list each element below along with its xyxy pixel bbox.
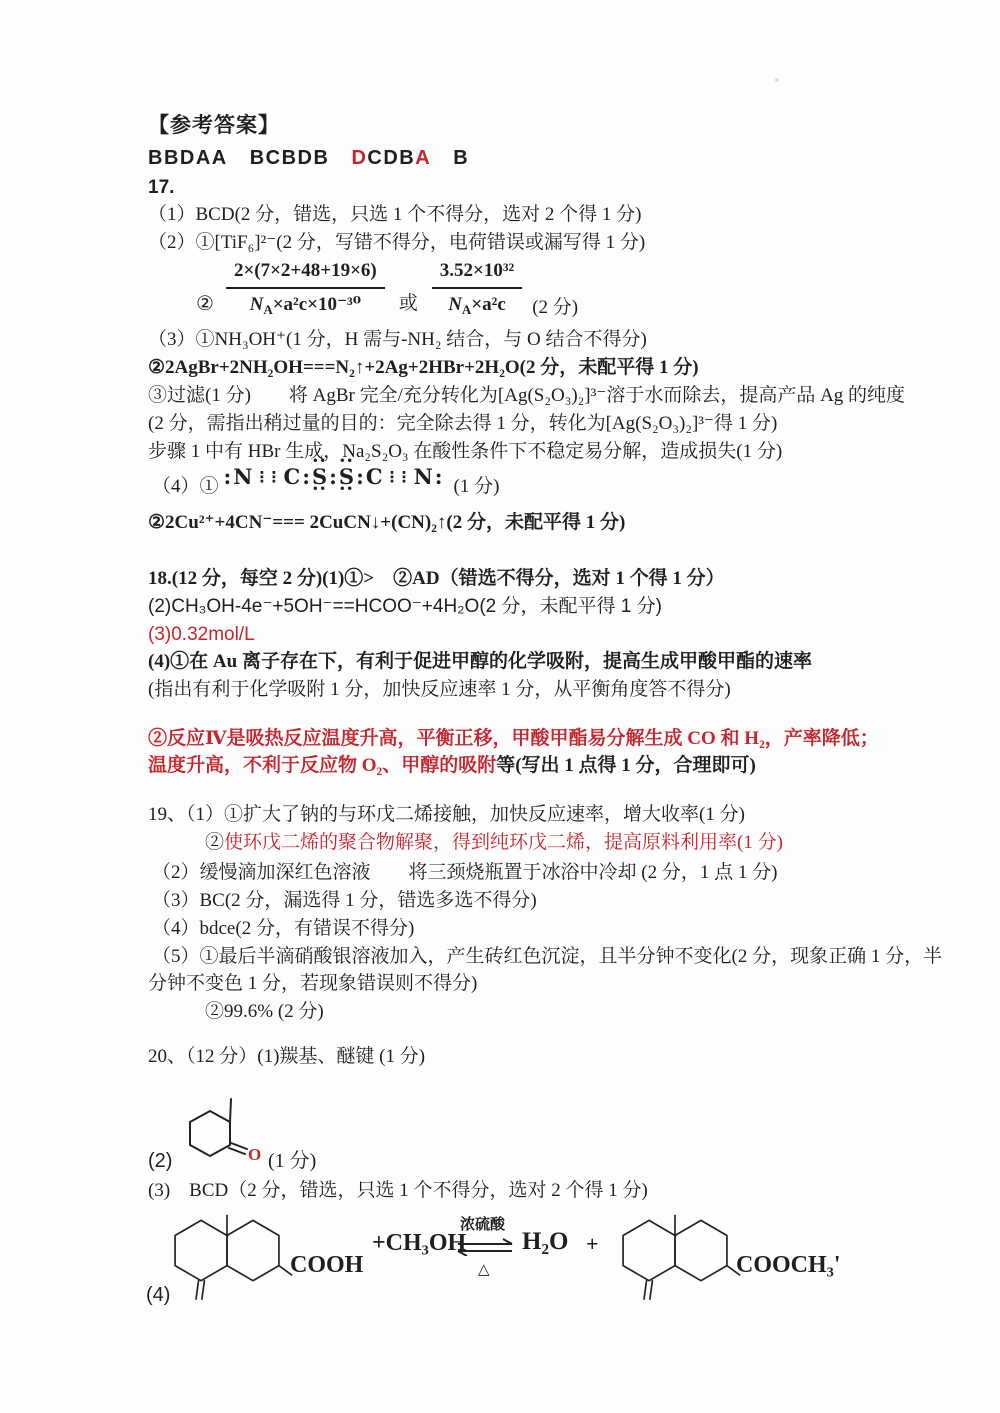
methylene-double-bond-2 [202, 1281, 205, 1299]
lone-pair-colon: : [435, 464, 443, 490]
atom-N: N [414, 464, 433, 490]
red-text: 温度升高，不利于反应物 O₂、甲醇的吸附 [148, 755, 496, 776]
q17-answer-filter: ③过滤(1 分) 将 AgBr 完全/充分转化为[Ag(S₂O₃)₂]³⁻溶于水… [148, 383, 905, 409]
acid-reactant-structure [160, 1212, 294, 1300]
q17-answer-1: （1）BCD(2 分，错选，只选 1 个不得分，选对 2 个得 1 分) [148, 202, 641, 228]
carboxyl-group-label: COOH [290, 1252, 363, 1278]
plus-sign: + [586, 1231, 599, 1257]
or-word: 或 [399, 291, 418, 323]
lone-pair-dots-bottom: •• [312, 485, 327, 495]
q17-number: 17. [148, 175, 174, 201]
fraction-1-numerator: 2×(7×2+48+19×6) [226, 258, 385, 289]
condition-sulfuric-acid: 浓硫酸 [460, 1212, 505, 1238]
q17-answer-3: （3）①NH₃OH⁺(1 分，H 需与-NH₂ 结合，与 O 结合不得分) [148, 327, 647, 353]
equilibrium-arrows [456, 1238, 514, 1256]
methylene-double-bond-1 [196, 1281, 199, 1299]
atom-S-with-lone-pairs: ••S•• [312, 464, 327, 490]
circled-2-marker: ② [205, 832, 224, 853]
atom-N: N [233, 464, 252, 490]
score-note: (1 分) [454, 474, 500, 500]
q18-answer-4b-red-line2: 温度升高，不利于反应物 O₂、甲醇的吸附等(写出 1 点得 1 分，合理即可) [148, 753, 756, 779]
atom-S-with-lone-pairs: ••S•• [339, 464, 354, 490]
q18-answer-3: (3)0.32mol/L [148, 622, 255, 648]
fraction-2-numerator: 3.52×10³² [432, 258, 522, 289]
q19-answer-1: 19、（1）①扩大了钠的与环戊二烯接触，加快反应速率，增大收率(1 分) [148, 802, 745, 828]
water-product: H₂O [522, 1229, 568, 1255]
lone-pair-dots-top: •• [312, 457, 327, 467]
q20-answer-3: (3) BCD（2 分，错选，只选 1 个不得分，选对 2 个得 1 分) [148, 1178, 648, 1204]
bond-pair-colon: : [302, 464, 310, 490]
right-ring [675, 1220, 727, 1280]
q20-header: 20、（12 分）(1)羰基、醚键 (1 分) [148, 1044, 425, 1070]
bond-pair-colon: : [329, 464, 337, 490]
circled-2-marker: ② [196, 291, 214, 323]
q19-answer-5b: ②99.6% (2 分) [205, 999, 324, 1025]
q18-answer-4-note: (指出有利于化学吸附 1 分，加快反应速率 1 分，从平衡角度答不得分) [148, 677, 731, 703]
q17-equation-agbr: ②2AgBr+2NH₂OH===N₂↑+2Ag+2HBr+2H₂O(2 分，未配… [148, 355, 699, 381]
q17-answer-4: （4）① : N ⋮⋮ C : ••S•• : ••S•• : C ⋮⋮ N :… [152, 472, 499, 500]
left-ring [175, 1220, 227, 1280]
black-text: 等(写出 1 点得 1 分，合理即可) [496, 755, 756, 776]
methylene-double-bond-1 [644, 1281, 647, 1299]
red-answer-text: 使环戊二烯的聚合物解聚，得到纯环戊二烯，提高原料利用率(1 分) [224, 832, 783, 853]
score-note: (2 分) [532, 295, 578, 323]
scan-artifact-speck [775, 78, 779, 82]
lone-pair-dots-top: •• [339, 457, 354, 467]
answers-group-1: BBDAA [148, 147, 228, 169]
answer-letter-red: A [415, 147, 431, 169]
subscript-A: A [263, 302, 272, 317]
lone-pair-colon: : [224, 464, 232, 490]
lone-pair-dots-bottom: •• [339, 485, 354, 495]
fraction-1-denominator: NA×a²c×10⁻³⁰ [250, 289, 361, 323]
methanol-reagent: +CH₃OH [372, 1230, 466, 1256]
answers-group-2: BCBDB [250, 147, 330, 169]
q17-answer-2: （2）①[TiF₆]²⁻(2 分，写错不得分，电荷错误或漏写得 1 分) [148, 230, 645, 256]
q19-answer-2: （2）缓慢滴加深红色溶液 将三颈烧瓶置于冰浴中冷却 (2 分，1 点 1 分) [152, 860, 777, 886]
methylene-double-bond-2 [650, 1281, 653, 1299]
methyl-bond [230, 1099, 231, 1122]
q19-answer-5-cont: 分钟不变色 1 分，若现象错误则不得分) [148, 971, 477, 997]
q20-2-label: (2) [148, 1148, 172, 1174]
ester-product-structure [608, 1212, 742, 1300]
q18-equation: (2)CH₃OH-4e⁻+5OH⁻==HCOO⁻+4H₂O(2 分，未配平得 1… [148, 594, 662, 620]
lewis-structure-NCSSCN: : N ⋮⋮ C : ••S•• : ••S•• : C ⋮⋮ N : [223, 464, 444, 492]
q19-answer-5: （5）①最后半滴硝酸银溶液加入，产生砖红色沉淀，且半分钟不变化(2 分，现象正确… [152, 944, 942, 970]
answer-letter-red: D [351, 147, 367, 169]
condition-heat-delta: △ [478, 1257, 490, 1283]
denominator-rest: ×a²c×10⁻³⁰ [273, 294, 361, 315]
cyclohexane-ring [190, 1111, 230, 1156]
page-title: 【参考答案】 [148, 112, 280, 138]
q19-answer-1b: ②使环戊二烯的聚合物解聚，得到纯环戊二烯，提高原料利用率(1 分) [205, 830, 783, 856]
carbonyl-double-bond-1 [231, 1143, 247, 1149]
right-ring [227, 1220, 279, 1280]
q18-answer-4b-red-line1: ②反应Ⅳ是吸热反应温度升高，平衡正移，甲酸甲酯易分解生成 CO 和 H₂，产率降… [148, 726, 879, 752]
q19-answer-3: （3）BC(2 分，漏选得 1 分，错选多选不得分) [152, 888, 537, 914]
triple-bond-dots: ⋮⋮ [254, 464, 278, 490]
atom-C: C [283, 464, 300, 490]
q19-answer-4: （4）bdce(2 分，有错误不得分) [152, 916, 414, 942]
q17-answer-2-formula: ② 2×(7×2+48+19×6) NA×a²c×10⁻³⁰ 或 3.52×10… [196, 258, 578, 323]
q17-4-prefix: （4）① [152, 474, 219, 500]
q17-answer-step1-note: 步骤 1 中有 HBr 生成，Na₂S₂O₃ 在酸性条件下不稳定易分解，造成损失… [148, 439, 782, 465]
fraction-1: 2×(7×2+48+19×6) NA×a²c×10⁻³⁰ [226, 258, 385, 323]
q18-answer-4: (4)①在 Au 离子存在下，有利于促进甲醇的化学吸附，提高生成甲酸甲酯的速率 [148, 649, 812, 675]
answer-letters-black: CDB [367, 147, 415, 169]
bond-pair-colon: : [356, 464, 364, 490]
left-ring [623, 1220, 675, 1280]
denominator-rest: ×a²c [471, 294, 505, 315]
answers-group-3: DCDBA [351, 147, 431, 169]
q20-4-label: (4) [146, 1282, 170, 1308]
symbol-N: N [448, 294, 462, 315]
q18-header: 18.(12 分，每空 2 分)(1)①> ②AD（错选不得分，选对 1 个得 … [148, 566, 725, 592]
subscript-A: A [462, 302, 471, 317]
carbonyl-oxygen-label: O [248, 1145, 261, 1164]
symbol-N: N [250, 294, 264, 315]
carbonyl-double-bond-2 [229, 1148, 245, 1154]
q20-2-score: (1 分) [268, 1148, 316, 1174]
answer-key-page: 【参考答案】 BBDAABCBDBDCDBAB 17. （1）BCD(2 分，错… [0, 0, 1000, 1413]
fraction-2: 3.52×10³² NA×a²c [432, 258, 522, 323]
multiple-choice-answers: BBDAABCBDBDCDBAB [148, 145, 469, 171]
ester-group-label: COOCH₃' [736, 1252, 841, 1278]
q17-equation-cucn: ②2Cu²⁺+4CN⁻=== 2CuCN↓+(CN)₂↑(2 分，未配平得 1 … [148, 510, 625, 536]
answers-group-4: B [453, 147, 469, 169]
q17-answer-filter-note: (2 分，需指出稍过量的目的：完全除去得 1 分，转化为[Ag(S₂O₃)₂]³… [148, 411, 777, 437]
fraction-2-denominator: NA×a²c [448, 289, 506, 323]
triple-bond-dots: ⋮⋮ [385, 464, 409, 490]
atom-C: C [366, 464, 383, 490]
